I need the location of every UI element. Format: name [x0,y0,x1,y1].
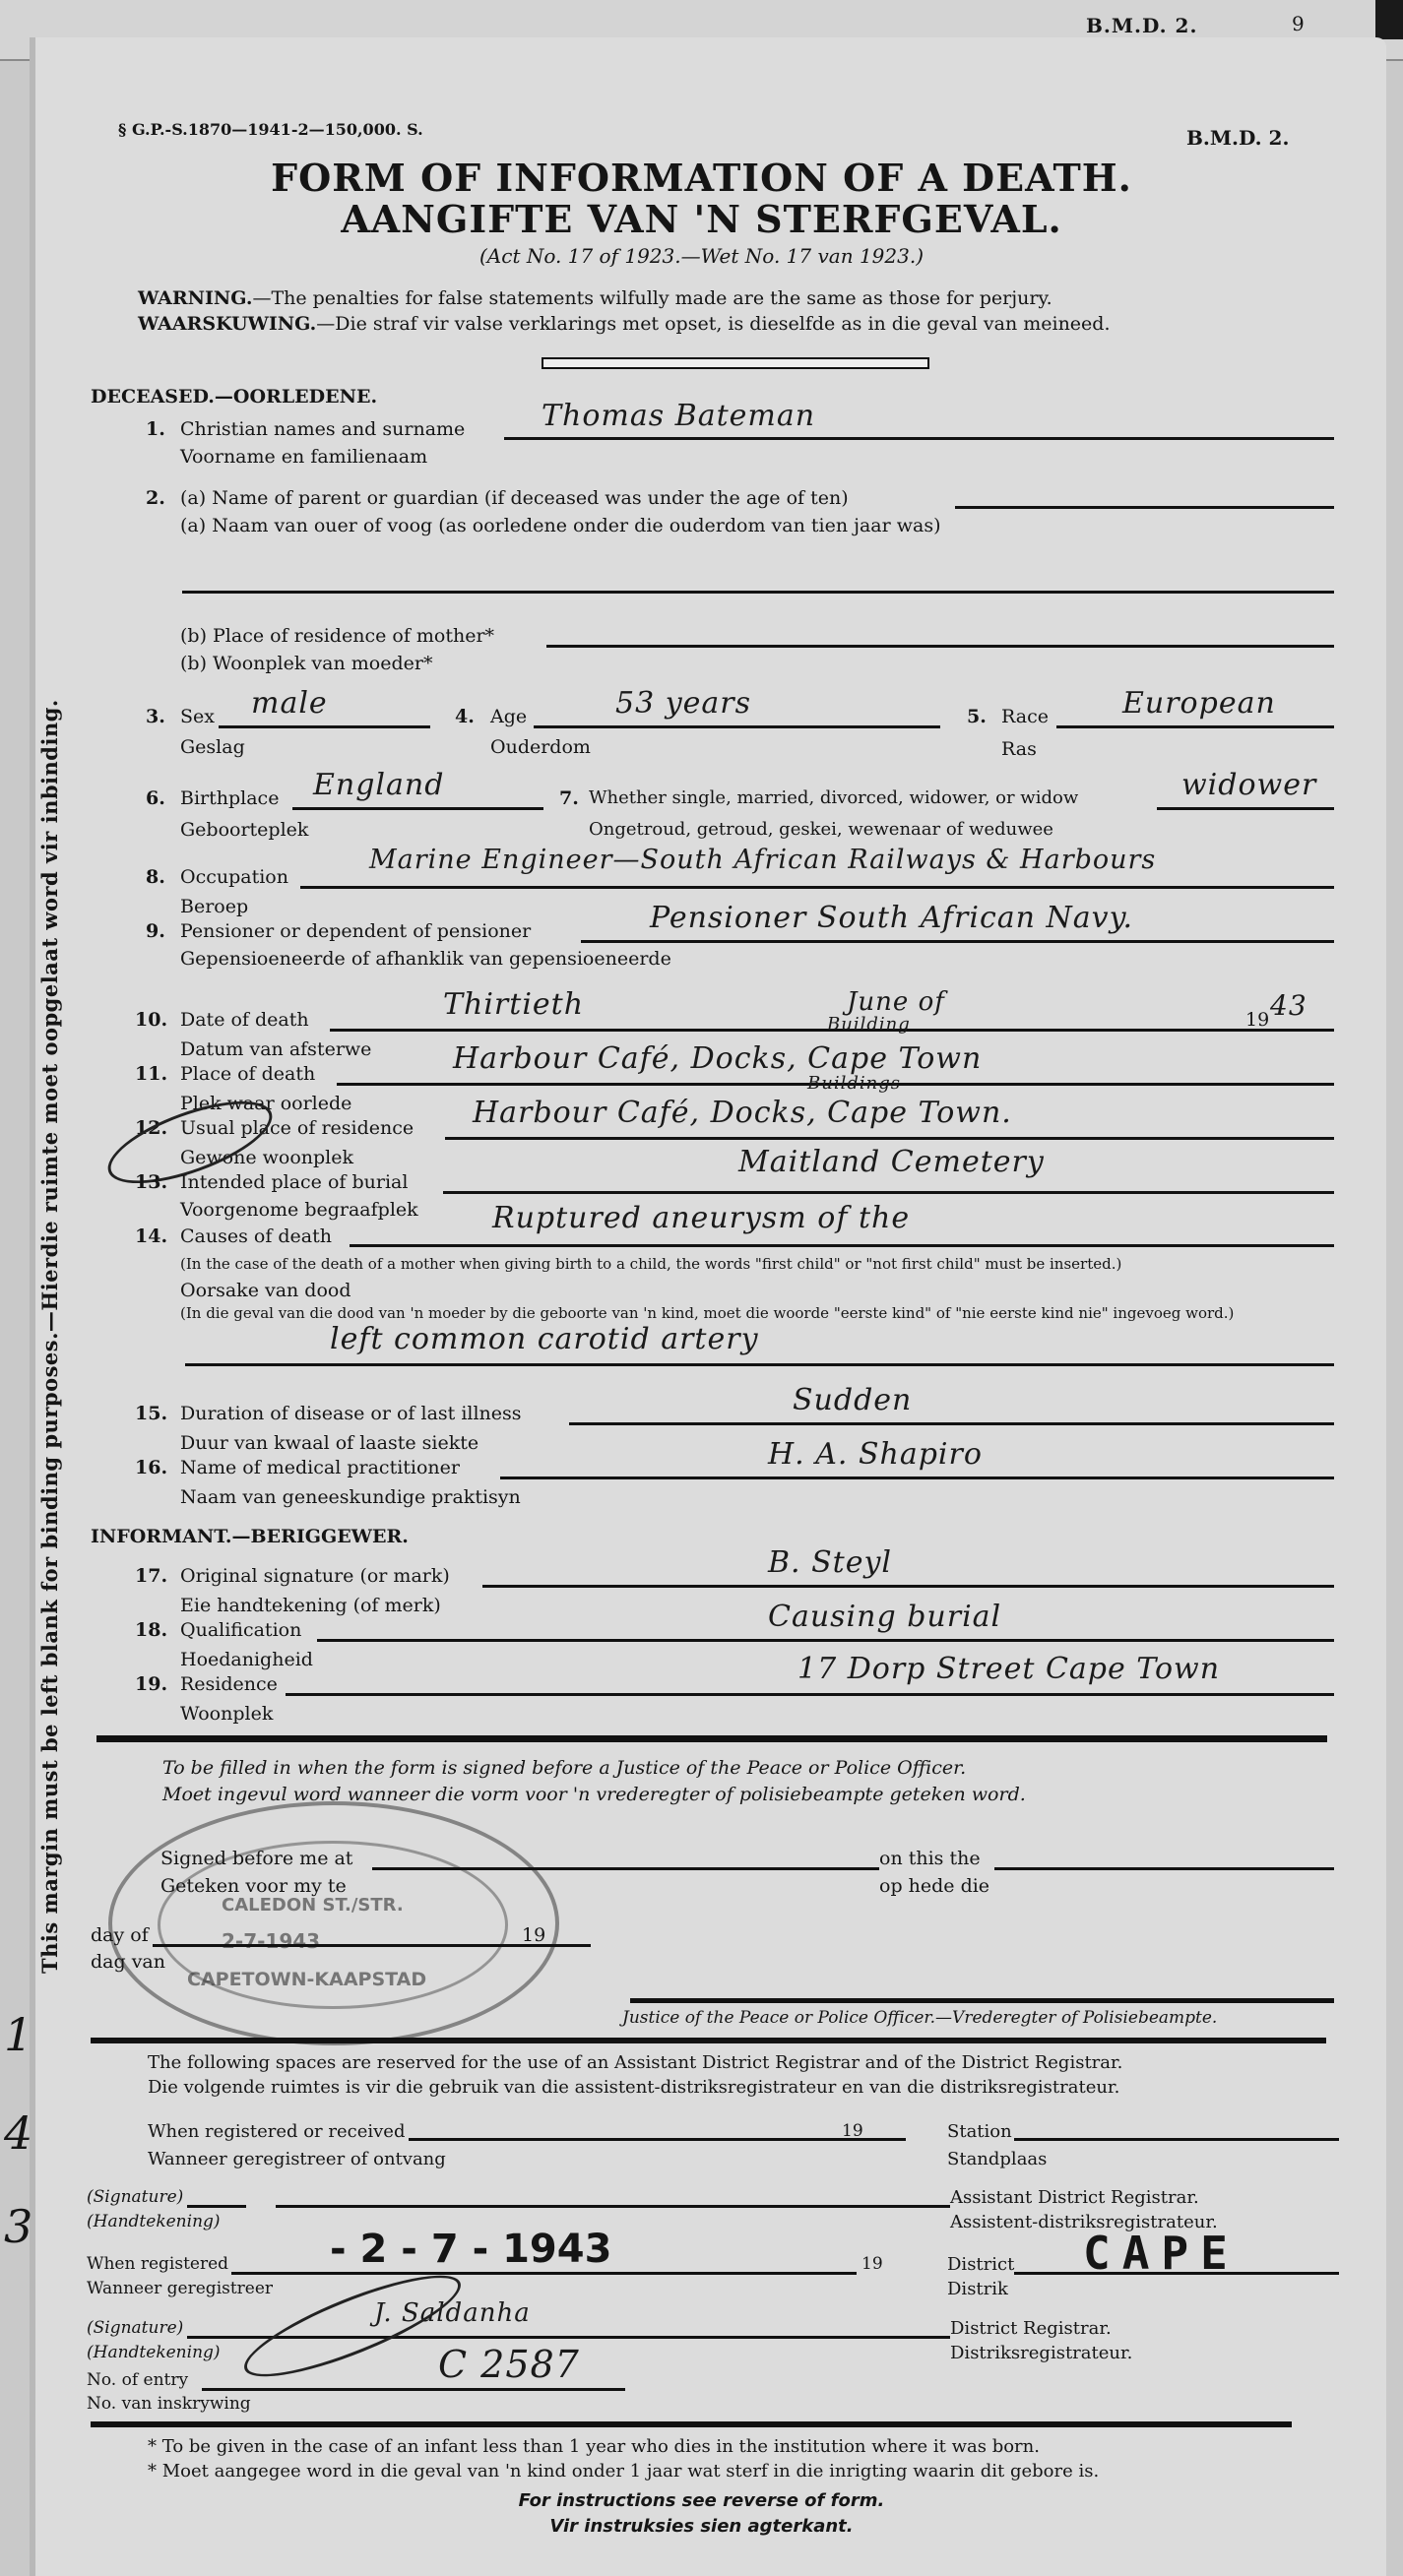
place-of-death-value[interactable]: Harbour Café, Docks, Cape Town [453,1041,982,1076]
signature-line [482,1585,1334,1588]
field-number: 5. [967,706,987,727]
label-station-af: Standplaas [947,2149,1047,2169]
label-when-received: When registered or received [148,2121,405,2142]
justice-signature-line[interactable] [630,1998,1334,2003]
qualification-line [317,1639,1334,1642]
label-when-registered-af: Wanneer geregistreer [87,2279,273,2298]
label-parent-af: (a) Naam van ouer of voog (as oorledene … [180,515,941,536]
label-signed-at: Signed before me at [160,1848,352,1869]
label-marital-status: Whether single, married, divorced, widow… [589,787,1078,808]
race-line [1056,725,1334,728]
footnote-af: * Moet aangegee word in die geval van 'n… [148,2461,1099,2482]
scan-edge [1375,0,1403,39]
usual-residence-value[interactable]: Harbour Café, Docks, Cape Town. [473,1096,1012,1130]
deceased-name-value[interactable]: Thomas Bateman [542,399,815,433]
form-code: B.M.D. 2. [1186,126,1289,150]
label-burial: Intended place of burial [180,1171,408,1193]
sex-line [219,725,430,728]
label-signature-assistant-af: (Handtekening) [87,2212,221,2231]
label-district-registrar: District Registrar. [950,2318,1112,2339]
usual-residence-insert: Buildings [807,1073,901,1094]
label-parent: (a) Name of parent or guardian (if decea… [180,487,849,509]
label-when-received-af: Wanneer geregistreer of ontvang [148,2149,446,2169]
label-place-of-death: Place of death [180,1063,315,1085]
label-district-af: Distrik [947,2279,1008,2299]
informant-signature-value[interactable]: B. Steyl [768,1545,892,1580]
place-of-death-insert: Building [827,1014,911,1035]
pensioner-value[interactable]: Pensioner South African Navy. [650,901,1133,935]
field-number: 16. [135,1457,167,1478]
label-age: Age [490,706,527,727]
instructions-en: For instructions see reverse of form. [0,2490,1403,2511]
label-date-of-death: Date of death [180,1009,309,1031]
mother-residence-line[interactable] [546,645,1334,648]
birthplace-line [292,807,543,810]
causes-value-2[interactable]: left common carotid artery [330,1322,759,1356]
label-qualification-af: Hoedanigheid [180,1649,313,1670]
field-number: 14. [135,1225,167,1247]
occupation-line [300,886,1334,889]
print-code: § G.P.-S.1870—1941-2—150,000. S. [118,120,423,139]
causes-line [350,1244,1334,1247]
title-afrikaans: AANGIFTE VAN 'N STERFGEVAL. [0,197,1403,241]
field-number: 11. [135,1063,167,1085]
field-number: 17. [135,1565,167,1587]
entry-number-line [202,2388,625,2391]
field-number: 4. [455,706,475,727]
residence-value[interactable]: 17 Dorp Street Cape Town [797,1652,1220,1686]
label-name-af: Voorname en familienaam [180,446,427,468]
label-marital-status-af: Ongetroud, getroud, geskei, wewenaar of … [589,819,1053,840]
burial-line [443,1191,1334,1194]
justice-intro-en: To be filled in when the form is signed … [162,1757,966,1779]
label-age-af: Ouderdom [490,736,591,758]
duration-line [569,1422,1334,1425]
label-pensioner: Pensioner or dependent of pensioner [180,920,531,942]
label-day-of-af: dag van [91,1951,165,1973]
label-name: Christian names and surname [180,418,465,440]
stamp-line1: CALEDON ST./STR. [222,1895,404,1916]
back-form-code: B.M.D. 2. [1086,14,1197,37]
label-sex: Sex [180,706,215,727]
label-residence-af: Woonplek [180,1703,273,1725]
label-assistant-registrar: Assistant District Registrar. [950,2187,1199,2208]
when-received-line[interactable] [409,2138,906,2141]
field-number: 19. [135,1673,167,1695]
death-month-value[interactable]: June of [847,987,945,1017]
label-birthplace-af: Geboorteplek [180,819,308,841]
age-value[interactable]: 53 years [615,686,751,721]
label-duration: Duration of disease or of last illness [180,1403,522,1424]
label-signature: Original signature (or mark) [180,1565,450,1587]
label-entry-number-af: No. van inskrywing [87,2394,251,2414]
field-number: 10. [135,1009,167,1031]
qualification-value[interactable]: Causing burial [768,1600,1001,1634]
assistant-signature-line-a[interactable] [187,2205,246,2208]
label-station: Station [947,2121,1012,2142]
label-on-this-af: op hede die [879,1875,989,1897]
decorative-rule [542,357,929,369]
field-number: 6. [146,787,165,809]
margin-mark-4: 4 [4,2106,32,2160]
justice-title: Justice of the Peace or Police Officer.—… [622,2008,1217,2028]
stamp-date: 2-7-1943 [222,1929,320,1953]
causes-note-af: (In die geval van die dood van 'n moeder… [180,1304,1342,1322]
parent-line-2[interactable] [182,591,1334,594]
age-line [534,725,940,728]
footnote-en: * To be given in the case of an infant l… [148,2436,1040,2457]
death-year-prefix: 19 [1245,1009,1269,1031]
label-birthplace: Birthplace [180,787,279,809]
stamp-line2: CAPETOWN-KAAPSTAD [187,1969,426,1990]
label-burial-af: Voorgenome begraafplek [180,1199,418,1221]
signed-at-line[interactable] [372,1867,879,1870]
label-race-af: Ras [1001,738,1037,760]
margin-mark-3: 3 [4,2200,32,2253]
occupation-value[interactable]: Marine Engineer—South African Railways &… [369,845,1156,875]
label-when-registered: When registered [87,2254,228,2274]
act-reference: (Act No. 17 of 1923.—Wet No. 17 van 1923… [0,244,1403,268]
station-line[interactable] [1014,2138,1339,2141]
label-pensioner-af: Gepensioeneerde of afhanklik van gepensi… [180,948,671,970]
label-day-of: day of [91,1924,149,1946]
field-number: 2. [146,487,165,509]
burial-value[interactable]: Maitland Cemetery [738,1145,1045,1179]
label-race: Race [1001,706,1049,727]
label-signature-assistant: (Signature) [87,2187,183,2207]
when-received-year-prefix: 19 [842,2121,863,2141]
day-of-year-prefix: 19 [522,1924,545,1946]
page-mark: 9 [1292,12,1305,35]
medical-practitioner-value[interactable]: H. A. Shapiro [768,1437,983,1472]
race-value[interactable]: European [1122,686,1276,721]
label-signed-at-af: Geteken voor my te [160,1875,347,1897]
justice-intro-af: Moet ingevul word wanneer die vorm voor … [162,1784,1026,1805]
section-divider-2 [91,2038,1326,2043]
parent-line[interactable] [955,506,1334,509]
title-english: FORM OF INFORMATION OF A DEATH. [0,156,1403,200]
assistant-signature-line-b[interactable] [276,2205,950,2208]
instructions-af: Vir instruksies sien agterkant. [0,2516,1403,2537]
causes-note-en: (In the case of the death of a mother wh… [180,1255,1121,1273]
sex-value[interactable]: male [251,686,328,721]
label-occupation-af: Beroep [180,896,248,917]
label-medical-practitioner: Name of medical practitioner [180,1457,460,1478]
death-year-value[interactable]: 43 [1270,989,1307,1022]
usual-residence-line [445,1137,1334,1140]
duration-value[interactable]: Sudden [793,1383,912,1417]
label-duration-af: Duur van kwaal of laaste siekte [180,1432,478,1454]
field-number: 9. [146,920,165,942]
field-number: 3. [146,706,165,727]
field-number: 13. [135,1171,167,1193]
district-value-stamp: CAPE [1083,2227,1240,2280]
label-mother-residence: (b) Place of residence of mother* [180,625,494,647]
entry-number-value[interactable]: C 2587 [438,2343,580,2386]
warning-afrikaans: WAARSKUWING.—Die straf vir valse verklar… [138,313,1111,335]
medical-line [500,1476,1334,1479]
label-district: District [947,2254,1014,2275]
margin-mark-1: 1 [4,2008,32,2061]
label-entry-number: No. of entry [87,2370,188,2390]
label-district-registrar-af: Distriksregistrateur. [950,2343,1132,2363]
name-line [504,437,1334,440]
field-number: 15. [135,1403,167,1424]
label-medical-practitioner-af: Naam van geneeskundige praktisyn [180,1486,521,1508]
label-causes: Causes of death [180,1225,332,1247]
causes-line-2 [185,1363,1334,1366]
label-occupation: Occupation [180,866,288,888]
registrar-intro-af: Die volgende ruimtes is vir die gebruik … [148,2077,1119,2098]
label-causes-af: Oorsake van dood [180,1280,351,1301]
on-this-line[interactable] [994,1867,1334,1870]
birthplace-value[interactable]: England [313,768,444,802]
warning-english: WARNING.—The penalties for false stateme… [138,287,1052,309]
binding-margin-note: This margin must be left blank for bindi… [37,699,62,1974]
field-number: 8. [146,866,165,888]
label-residence: Residence [180,1673,278,1695]
label-on-this: on this the [879,1848,981,1869]
label-signature-registrar-af: (Handtekening) [87,2343,221,2362]
section-deceased: DECEASED.—OORLEDENE. [91,386,377,408]
section-divider-3 [91,2421,1292,2427]
death-day-value[interactable]: Thirtieth [443,987,584,1022]
label-date-of-death-af: Datum van afsterwe [180,1038,371,1060]
section-divider [96,1735,1327,1742]
label-signature-af: Eie handtekening (of merk) [180,1595,441,1616]
causes-value[interactable]: Ruptured aneurysm of the [492,1201,910,1235]
label-signature-registrar: (Signature) [87,2318,183,2338]
marital-value[interactable]: widower [1181,768,1316,802]
residence-line [286,1693,1334,1696]
when-registered-year-prefix: 19 [861,2254,883,2274]
section-informant: INFORMANT.—BERIGGEWER. [91,1526,409,1547]
marital-line [1157,807,1334,810]
label-sex-af: Geslag [180,736,245,758]
pensioner-line [581,940,1334,943]
field-number: 7. [559,787,579,809]
when-registered-line [231,2272,857,2275]
registrar-intro-en: The following spaces are reserved for th… [148,2052,1122,2073]
label-qualification: Qualification [180,1619,301,1641]
field-number: 1. [146,418,165,440]
field-number: 18. [135,1619,167,1641]
label-mother-residence-af: (b) Woonplek van moeder* [180,653,432,674]
registered-date-stamp: - 2 - 7 - 1943 [330,2227,611,2272]
